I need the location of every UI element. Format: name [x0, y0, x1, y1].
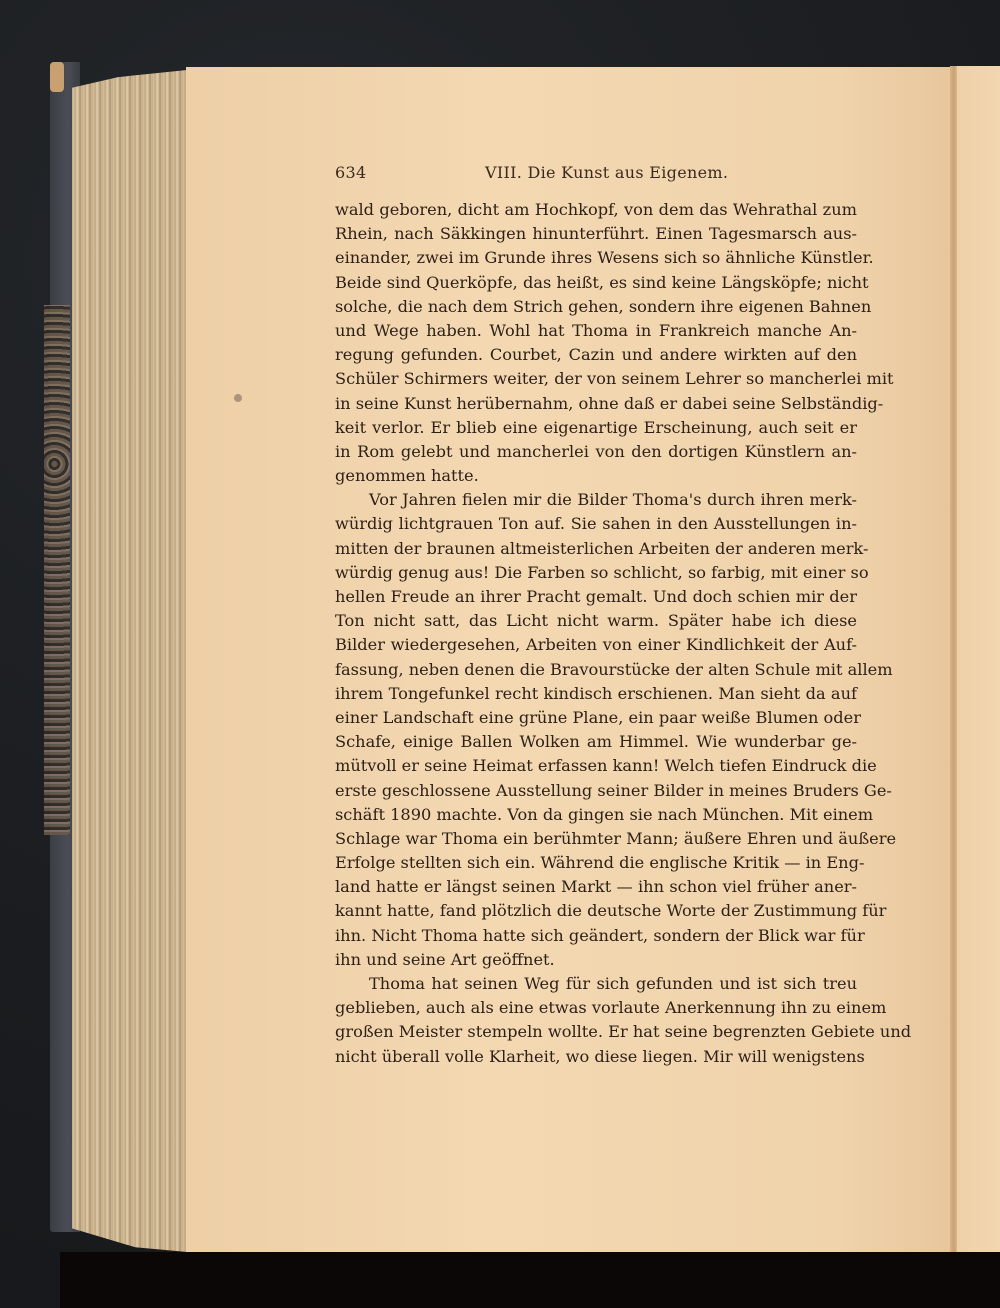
text-line: wald geboren, dicht am Hochkopf, von dem…: [335, 198, 857, 222]
body-text: wald geboren, dicht am Hochkopf, von dem…: [335, 198, 857, 1069]
chapter-title: VIII. Die Kunst aus Eigenem.: [485, 163, 728, 182]
text-line: mitten der braunen altmeisterlichen Arbe…: [335, 537, 857, 561]
text-line: schäft 1890 machte. Von da gingen sie na…: [335, 803, 857, 827]
text-line: einer Landschaft eine grüne Plane, ein p…: [335, 706, 857, 730]
text-line: großen Meister stempeln wollte. Er hat s…: [335, 1020, 857, 1044]
text-line: keit verlor. Er blieb eine eigenartige E…: [335, 416, 857, 440]
text-line: nicht überall volle Klarheit, wo diese l…: [335, 1045, 857, 1069]
text-line: in seine Kunst herübernahm, ohne daß er …: [335, 392, 857, 416]
text-line: Schüler Schirmers weiter, der von seinem…: [335, 367, 857, 391]
page-edges: [72, 70, 187, 1252]
text-line: land hatte er längst seinen Markt — ihn …: [335, 875, 857, 899]
text-line: Vor Jahren fielen mir die Bilder Thoma's…: [335, 488, 857, 512]
text-line: ihn und seine Art geöffnet.: [335, 948, 857, 972]
text-line: Rhein, nach Säkkingen hinunterführt. Ein…: [335, 222, 857, 246]
text-line: Ton nicht satt, das Licht nicht warm. Sp…: [335, 609, 857, 633]
text-line: in Rom gelebt und mancherlei von den dor…: [335, 440, 857, 464]
text-line: Beide sind Querköpfe, das heißt, es sind…: [335, 271, 857, 295]
text-line: fassung, neben denen die Bravourstücke d…: [335, 658, 857, 682]
text-line: hellen Freude an ihrer Pracht gemalt. Un…: [335, 585, 857, 609]
text-line: kannt hatte, fand plötzlich die deutsche…: [335, 899, 857, 923]
text-line: Schlage war Thoma ein berühmter Mann; äu…: [335, 827, 857, 851]
text-line: einander, zwei im Grunde ihres Wesens si…: [335, 246, 857, 270]
facing-page-edge: [957, 66, 1000, 1252]
running-head: 634 VIII. Die Kunst aus Eigenem.: [335, 163, 855, 187]
text-line: Erfolge stellten sich ein. Während die e…: [335, 851, 857, 875]
table-shadow: [60, 1252, 1000, 1308]
paper-speck: [234, 394, 242, 402]
text-line: ihn. Nicht Thoma hatte sich geändert, so…: [335, 924, 857, 948]
marbled-endpaper: [44, 305, 70, 835]
cover-corner: [50, 62, 64, 92]
text-line: würdig genug aus! Die Farben so schlicht…: [335, 561, 857, 585]
text-line: Bilder wiedergesehen, Arbeiten von einer…: [335, 633, 857, 657]
text-line: Thoma hat seinen Weg für sich gefunden u…: [335, 972, 857, 996]
text-line: geblieben, auch als eine etwas vorlaute …: [335, 996, 857, 1020]
text-line: solche, die nach dem Strich gehen, sonde…: [335, 295, 857, 319]
text-line: und Wege haben. Wohl hat Thoma in Frankr…: [335, 319, 857, 343]
text-line: regung gefunden. Courbet, Cazin und ande…: [335, 343, 857, 367]
page-number: 634: [335, 163, 366, 182]
text-line: erste geschlossene Ausstellung seiner Bi…: [335, 779, 857, 803]
text-line: Schafe, einige Ballen Wolken am Himmel. …: [335, 730, 857, 754]
text-line: ihrem Tongefunkel recht kindisch erschie…: [335, 682, 857, 706]
text-line: genommen hatte.: [335, 464, 857, 488]
text-line: mütvoll er seine Heimat erfassen kann! W…: [335, 754, 857, 778]
text-line: würdig lichtgrauen Ton auf. Sie sahen in…: [335, 512, 857, 536]
